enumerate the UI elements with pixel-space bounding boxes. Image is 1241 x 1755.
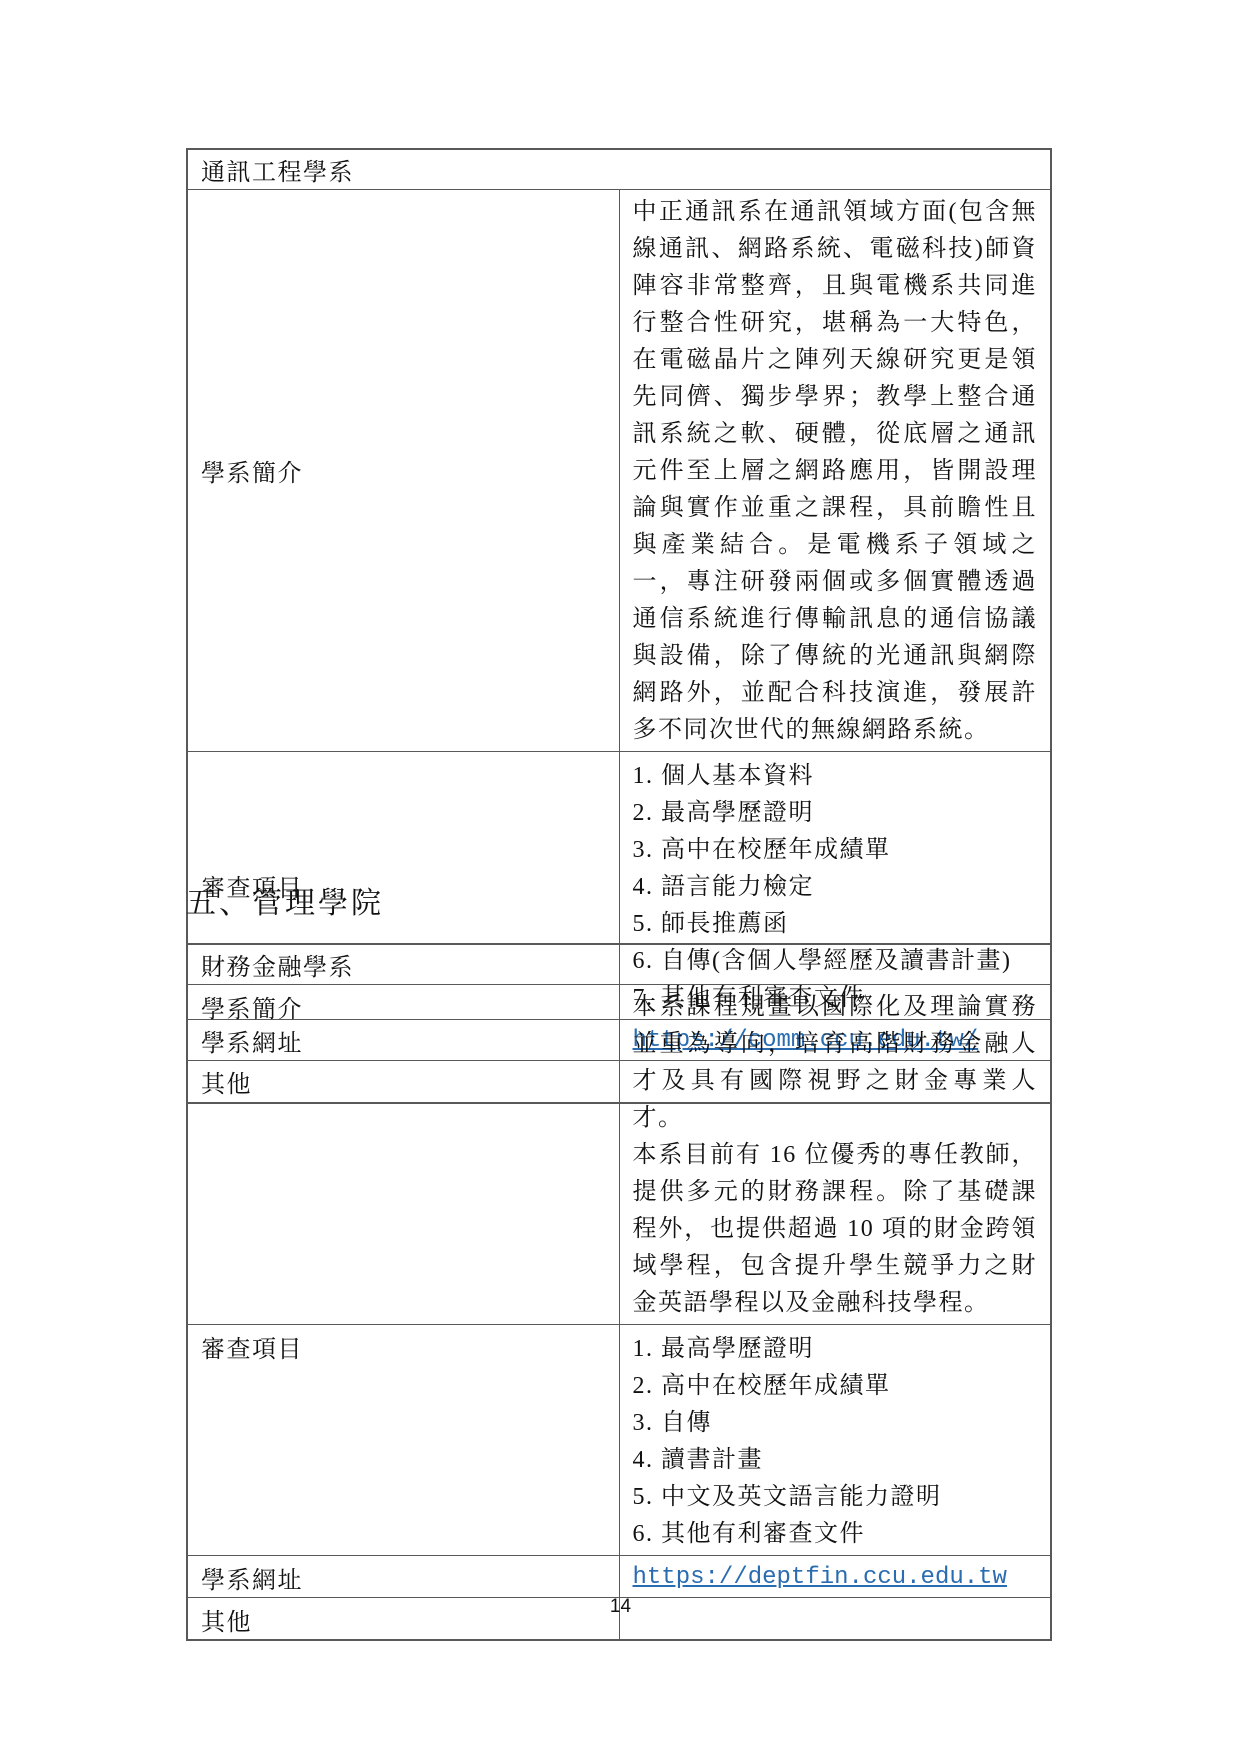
text-line: 3. 高中在校歷年成績單 <box>633 832 1038 869</box>
text-line: 2. 最高學歷證明 <box>633 795 1038 832</box>
website-content-cell: https://deptfin.ccu.edu.tw <box>619 1556 1051 1598</box>
department-name-cell: 通訊工程學系 <box>187 149 1051 190</box>
text-line: 1. 個人基本資料 <box>633 758 1038 795</box>
document-page: 通訊工程學系 學系簡介 中正通訊系在通訊領域方面(包含無線通訊、網路系統、電磁科… <box>0 0 1241 1755</box>
department-table-finance: 財務金融學系 學系簡介 本系課程規畫以國際化及理論實務並重為導向，培育高階財務金… <box>186 943 1052 1641</box>
table-row: 財務金融學系 <box>187 944 1051 985</box>
text-line: 5. 中文及英文語言能力證明 <box>633 1479 1038 1516</box>
table-row: 學系網址 https://deptfin.ccu.edu.tw <box>187 1556 1051 1598</box>
intro-content-cell: 本系課程規畫以國際化及理論實務並重為導向，培育高階財務金融人才及具有國際視野之財… <box>619 985 1051 1325</box>
text-line: 4. 讀書計畫 <box>633 1442 1038 1479</box>
page-number: 14 <box>0 1596 1241 1618</box>
text-line: 本系課程規畫以國際化及理論實務並重為導向，培育高階財務金融人才及具有國際視野之財… <box>633 989 1038 1137</box>
text-line: 中正通訊系在通訊領域方面(包含無線通訊、網路系統、電磁科技)師資陣容非常整齊，且… <box>633 194 1038 749</box>
table-row: 審查項目 1. 最高學歷證明2. 高中在校歷年成績單3. 自傳4. 讀書計畫5.… <box>187 1325 1051 1556</box>
text-line: 本系目前有 16 位優秀的專任教師，提供多元的財務課程。除了基礎課程外，也提供超… <box>633 1137 1038 1322</box>
department-website-link[interactable]: https://deptfin.ccu.edu.tw <box>633 1564 1007 1591</box>
text-line: 2. 高中在校歷年成績單 <box>633 1368 1038 1405</box>
department-name-cell: 財務金融學系 <box>187 944 1051 985</box>
intro-paragraphs: 本系課程規畫以國際化及理論實務並重為導向，培育高階財務金融人才及具有國際視野之財… <box>633 987 1038 1322</box>
review-content-cell: 1. 最高學歷證明2. 高中在校歷年成績單3. 自傳4. 讀書計畫5. 中文及英… <box>619 1325 1051 1556</box>
table-row: 學系簡介 中正通訊系在通訊領域方面(包含無線通訊、網路系統、電磁科技)師資陣容非… <box>187 190 1051 752</box>
review-label-cell: 審查項目 <box>187 1325 619 1556</box>
text-line: 5. 師長推薦函 <box>633 906 1038 943</box>
intro-label-cell: 學系簡介 <box>187 985 619 1325</box>
text-line: 3. 自傳 <box>633 1405 1038 1442</box>
intro-paragraphs: 中正通訊系在通訊領域方面(包含無線通訊、網路系統、電磁科技)師資陣容非常整齊，且… <box>633 192 1038 749</box>
website-label-cell: 學系網址 <box>187 1556 619 1598</box>
text-line: 1. 最高學歷證明 <box>633 1331 1038 1368</box>
section-heading: 五、管理學院 <box>186 878 384 922</box>
review-items-list: 1. 最高學歷證明2. 高中在校歷年成績單3. 自傳4. 讀書計畫5. 中文及英… <box>633 1327 1038 1553</box>
intro-content-cell: 中正通訊系在通訊領域方面(包含無線通訊、網路系統、電磁科技)師資陣容非常整齊，且… <box>619 190 1051 752</box>
table-row: 學系簡介 本系課程規畫以國際化及理論實務並重為導向，培育高階財務金融人才及具有國… <box>187 985 1051 1325</box>
text-line: 4. 語言能力檢定 <box>633 869 1038 906</box>
table-row: 通訊工程學系 <box>187 149 1051 190</box>
intro-label-cell: 學系簡介 <box>187 190 619 752</box>
text-line: 6. 其他有利審查文件 <box>633 1516 1038 1553</box>
